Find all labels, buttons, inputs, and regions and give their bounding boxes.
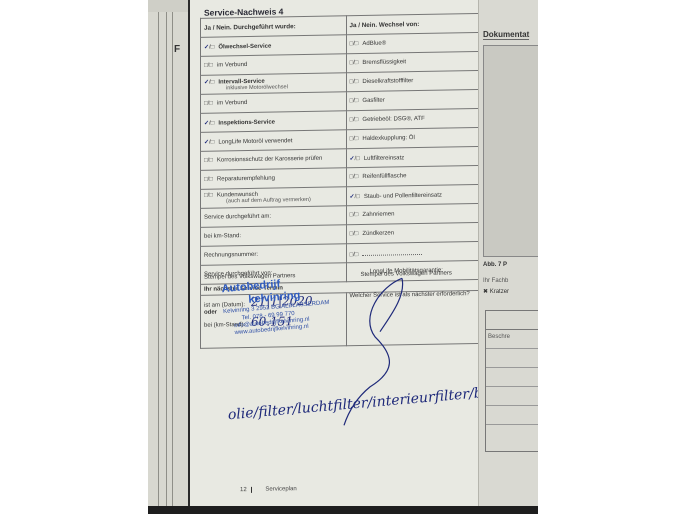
right-row-item[interactable]: □/□Bremsflüssigkeit [346, 51, 492, 73]
left-item-label: Ölwechsel-Service [218, 43, 271, 50]
left-item-label: Inspektions-Service [218, 119, 275, 126]
checkbox-pair[interactable]: □/□ [204, 193, 213, 199]
right-item-label: Luftfiltereinsatz [364, 155, 404, 162]
right-row-item[interactable]: □/□Gasfilter [346, 89, 492, 111]
service-date-field[interactable]: Service durchgeführt am: [201, 206, 347, 228]
stamp-label-right: Stempel des Volkswagen Partners [361, 270, 452, 278]
checkbox-pair[interactable]: □/□ [350, 98, 359, 104]
checkbox-pair[interactable]: □/□ [204, 177, 213, 183]
left-item-label: Korrosionsschutz der Karosserie prüfen [217, 156, 322, 164]
mobility-guarantee-cell: LongLife Mobilitätsgarantie: Stempel des… [346, 260, 492, 282]
right-row-item[interactable]: ✓/□Staub- und Pollenfiltereinsatz [346, 184, 492, 206]
figure-caption: Abb. 7 P [483, 262, 507, 268]
checkbox-pair[interactable]: □/□ [350, 174, 359, 180]
right-row-item[interactable]: □/□Reifenfüllflasche [346, 165, 492, 187]
right-row-item[interactable]: □/□AdBlue® [346, 32, 492, 54]
next-service-question-cell[interactable]: Welcher Service ist als nächster erforde… [346, 290, 492, 346]
performed-by-cell: Service durchgeführt von: Autobedrijf ke… [201, 263, 347, 285]
left-row-item[interactable]: ✓/□Intervall-Serviceinklusive Motorölwec… [201, 73, 347, 95]
left-row-item[interactable]: ✓/□Inspektions-Service [201, 111, 347, 133]
left-row-item[interactable]: □/□Reparaturempfehlung [201, 168, 347, 190]
checkbox-pair[interactable]: ✓/□ [350, 155, 360, 162]
checkbox-pair[interactable]: □/□ [350, 231, 359, 237]
left-row-item[interactable]: □/□im Verbund [201, 54, 347, 76]
right-row-item[interactable]: □/□Haldexkupplung: Öl [346, 127, 492, 149]
service-record-page: Service-Nachweis 4 Ja / Nein. Durchgefüh… [190, 0, 488, 514]
checkbox-pair[interactable]: ✓/□ [350, 193, 360, 200]
left-row-item[interactable]: □/□Kundenwunsch(auch auf dem Auftrag ver… [201, 187, 347, 209]
adjacent-page-title: Dokumentat [483, 30, 529, 40]
left-row-item[interactable]: □/□im Verbund [201, 92, 347, 114]
right-item-label: Getriebeöl: DSG®, ATF [362, 116, 424, 123]
left-column-header: Ja / Nein. Durchgeführt wurde: [201, 16, 347, 38]
right-item-label: Bremsflüssigkeit [362, 59, 406, 66]
photo-of-service-booklet: F Service-Nachweis 4 Ja / Nein. Durchgef… [148, 0, 538, 514]
checkbox-pair[interactable]: □/□ [350, 79, 359, 85]
right-item-label: Haldexkupplung: Öl [362, 135, 414, 142]
checkbox-pair[interactable]: □/□ [350, 117, 359, 123]
page-footer: 12 Serviceplan [240, 486, 297, 493]
right-row-item[interactable]: □/□Getriebeöl: DSG®, ATF [346, 108, 492, 130]
adjacent-page: Dokumentat Abb. 7 P Ihr Fachb ✖ Kratzer … [478, 0, 538, 514]
checkbox-pair[interactable]: □/□ [350, 136, 359, 142]
right-row-custom[interactable]: □/□ [346, 241, 492, 263]
invoice-number-field[interactable]: Rechnungsnummer: [201, 244, 347, 266]
checkbox-pair[interactable]: □/□ [350, 60, 359, 66]
left-row-item[interactable]: □/□Korrosionsschutz der Karosserie prüfe… [201, 149, 347, 171]
right-row-item[interactable]: □/□Dieselkraftstofffilter [346, 70, 492, 92]
checkbox-pair[interactable]: □/□ [350, 252, 359, 258]
checkbox-pair[interactable]: ✓/□ [204, 138, 214, 145]
checkbox-pair[interactable]: □/□ [350, 41, 359, 47]
page-number: 12 [240, 487, 252, 493]
back-page-peek-letter: F [174, 44, 180, 55]
right-row-item[interactable]: ✓/□Luftfiltereinsatz [346, 146, 492, 168]
left-item-label: im Verbund [217, 62, 247, 69]
right-row-zuendkerzen[interactable]: □/□Zündkerzen [346, 222, 492, 244]
checkbox-pair[interactable]: ✓/□ [204, 43, 214, 50]
background-surface [148, 506, 538, 514]
left-row-item[interactable]: ✓/□LongLife Motoröl verwendet [201, 130, 347, 152]
right-item-label: AdBlue® [362, 41, 386, 47]
left-item-label: Reparaturempfehlung [217, 176, 275, 183]
right-row-zahnriemen[interactable]: □/□Zahnriemen [346, 203, 492, 225]
km-field[interactable]: bei km-Stand: [201, 225, 347, 247]
service-form-table: Ja / Nein. Durchgeführt wurde: Ja / Nein… [200, 13, 492, 349]
damage-table: M Beschre [485, 310, 538, 452]
checkbox-pair[interactable]: ✓/□ [204, 78, 214, 85]
custom-item-line[interactable] [362, 247, 422, 255]
car-illustration [483, 45, 538, 257]
checkbox-pair[interactable]: □/□ [204, 101, 213, 107]
checkbox-pair[interactable]: □/□ [204, 63, 213, 69]
right-column-header: Ja / Nein. Wechsel von: [346, 13, 492, 35]
checkbox-pair[interactable]: □/□ [350, 212, 359, 218]
right-item-label: Gasfilter [362, 98, 384, 104]
checkbox-pair[interactable]: □/□ [204, 158, 213, 164]
right-item-label: Staub- und Pollenfiltereinsatz [364, 192, 442, 199]
section-name: Serviceplan [265, 486, 296, 493]
left-item-label: im Verbund [217, 100, 247, 107]
right-item-label: Reifenfüllflasche [362, 173, 406, 180]
dealer-stamp: Autobedrijf kelvinring Kelvinring 3 2952… [221, 274, 331, 338]
right-item-label: Dieselkraftstofffilter [362, 78, 413, 85]
checkbox-pair[interactable]: ✓/□ [204, 119, 214, 126]
left-row-item[interactable]: ✓/□Ölwechsel-Service [201, 35, 347, 57]
back-pages-stack: F [148, 12, 189, 514]
left-item-label: LongLife Motoröl verwendet [218, 138, 292, 145]
